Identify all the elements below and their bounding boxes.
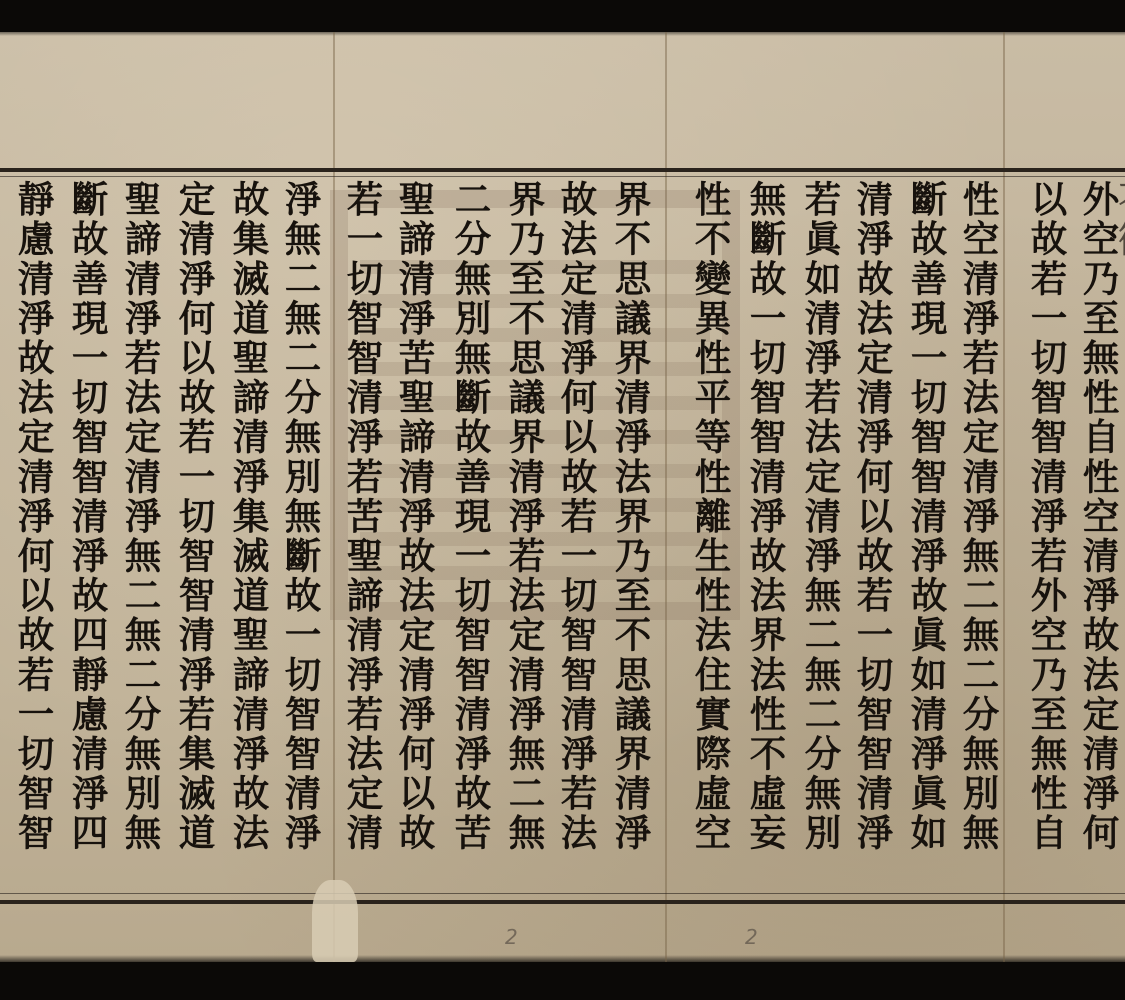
text-column-20: 靜慮清淨故法定清淨何以故若一切智智 [3,180,63,892]
text-column-17: 定清淨何以故若一切智智清淨若集滅道 [164,180,224,892]
text-column-10: 故法定清淨何以故若一切智智清淨若法 [546,180,606,892]
text-column-8: 性不變異性平等性離生性法住實際虛空 [680,180,740,892]
bottom-border-rule [0,900,1125,904]
text-column-9: 界不思議界清淨法界乃至不思議界清淨 [600,180,660,892]
pencil-page-mark: 2 [745,925,758,949]
text-column-18: 聖諦清淨若法定清淨無二無二分無別無 [110,180,170,892]
text-column-12: 二分無別無斷故善現一切智智清淨故苦 [440,180,500,892]
bottom-border-rule-thin [0,893,1125,894]
text-column-11: 界乃至不思議界清淨若法定清淨無二無 [494,180,554,892]
sutra-text-block: 不衜 外空乃至無性自性空清淨故法定清淨何 以故若一切智智清淨若外空乃至無性自 性… [0,180,1125,892]
text-column-3: 性空清淨若法定清淨無二無二分無別無 [948,180,1008,892]
text-column-6: 若眞如清淨若法定清淨無二無二分無別 [790,180,850,892]
top-border-rule-thin [0,176,1125,177]
text-column-5: 清淨故法定清淨何以故若一切智智清淨 [842,180,902,892]
pencil-page-mark: 2 [505,925,518,949]
text-column-2: 以故若一切智智清淨若外空乃至無性自 [1016,180,1076,892]
text-column-14: 若一切智智清淨若苦聖諦清淨若法定清 [332,180,392,892]
paper-tear [312,880,358,962]
text-column-7: 無斷故一切智智清淨故法界法性不虛妄 [735,180,795,892]
text-column-19: 斷故善現一切智智清淨故四靜慮清淨四 [57,180,117,892]
text-column-13: 聖諦清淨苦聖諦清淨故法定清淨何以故 [384,180,444,892]
top-border-rule [0,168,1125,172]
text-column-15: 淨無二無二分無別無斷故一切智智清淨 [270,180,330,892]
text-column-1: 外空乃至無性自性空清淨故法定清淨何 [1068,180,1125,892]
paper-bottom-edge [0,955,1125,965]
paper-top-edge [0,28,1125,36]
text-column-16: 故集滅道聖諦清淨集滅道聖諦清淨故法 [218,180,278,892]
text-column-4: 斷故善現一切智智清淨故眞如清淨眞如 [896,180,956,892]
